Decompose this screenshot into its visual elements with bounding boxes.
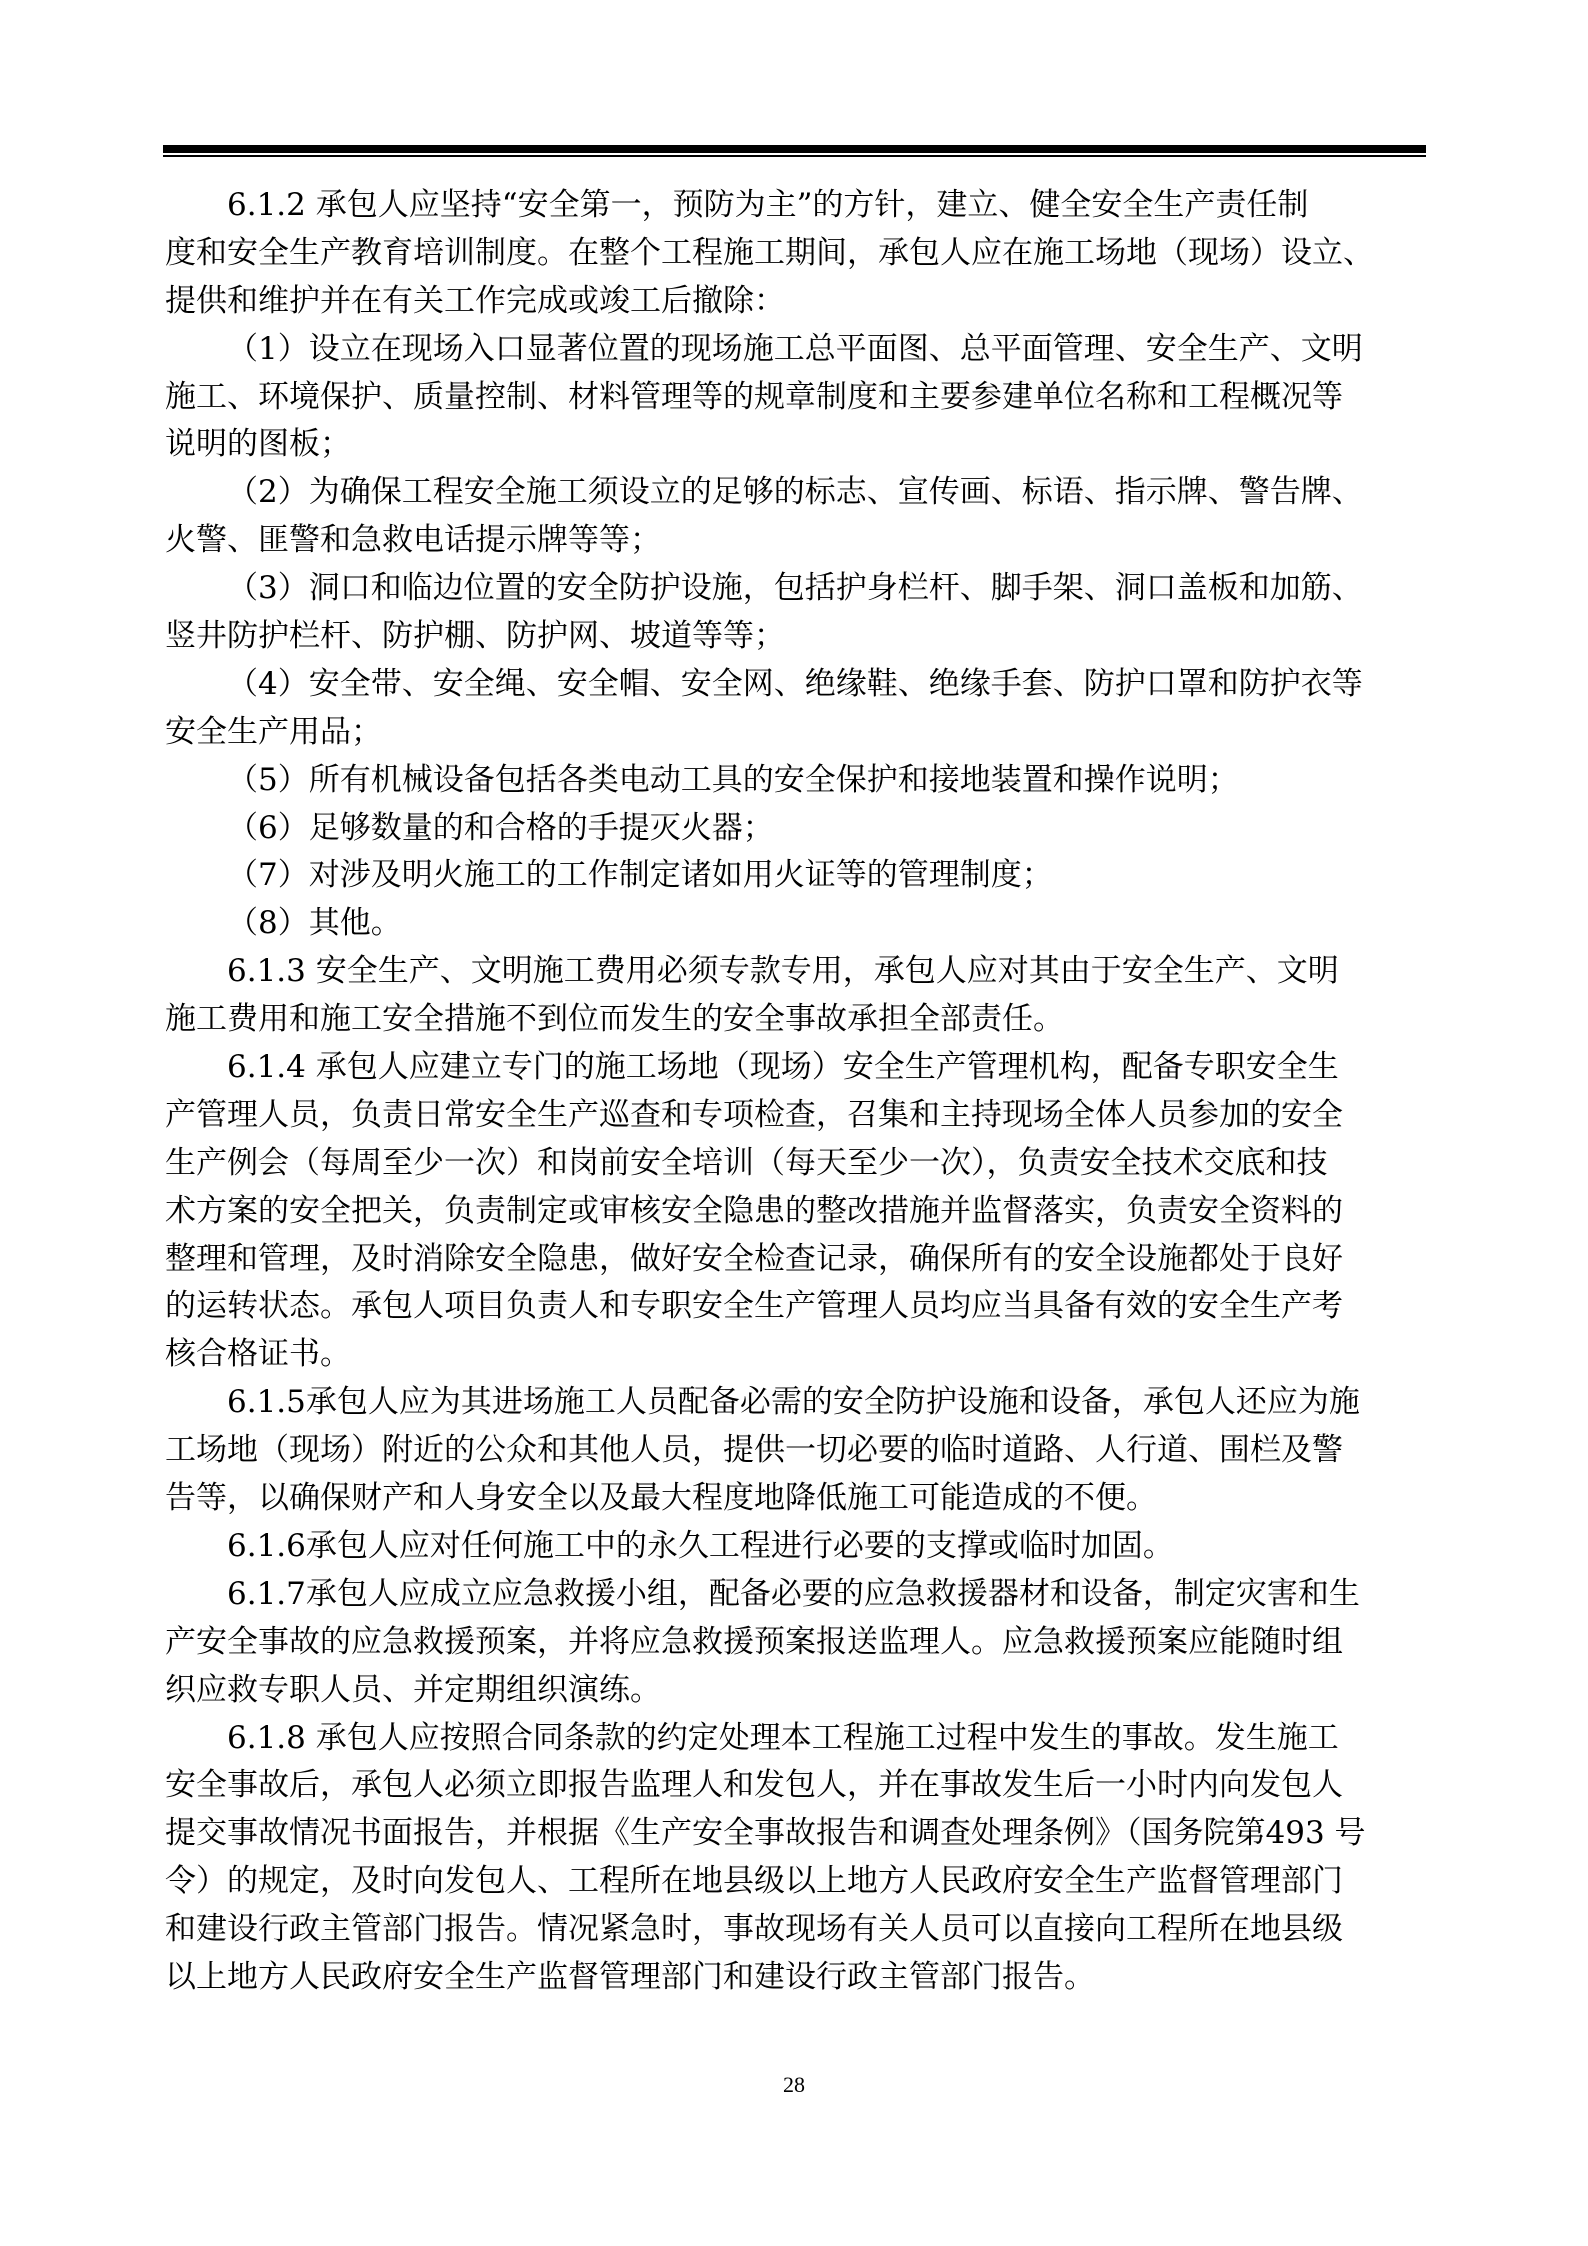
text-line: （8）其他。 bbox=[165, 900, 1405, 948]
list-item-5: （5）所有机械设备包括各类电动工具的安全保护和接地装置和操作说明； bbox=[165, 757, 1405, 805]
list-item-4: （4）安全带、安全绳、安全帽、安全网、绝缘鞋、绝缘手套、防护口罩和防护衣等 安全… bbox=[165, 661, 1405, 757]
text-line: 生产例会（每周至少一次）和岗前安全培训（每天至少一次），负责安全技术交底和技 bbox=[165, 1140, 1405, 1188]
text-line: 工场地（现场）附近的公众和其他人员，提供一切必要的临时道路、人行道、围栏及警 bbox=[165, 1427, 1405, 1475]
text-line: 施工费用和施工安全措施不到位而发生的安全事故承担全部责任。 bbox=[165, 996, 1405, 1044]
text-line: 产安全事故的应急救援预案，并将应急救援预案报送监理人。应急救援预案应能随时组 bbox=[165, 1619, 1405, 1667]
clause-6-1-6: 6.1.6承包人应对任何施工中的永久工程进行必要的支撑或临时加固。 bbox=[165, 1523, 1405, 1571]
clause-6-1-8: 6.1.8 承包人应按照合同条款的约定处理本工程施工过程中发生的事故。发生施工 … bbox=[165, 1715, 1405, 2002]
text-line: 度和安全生产教育培训制度。在整个工程施工期间，承包人应在施工场地（现场）设立、 bbox=[165, 230, 1405, 278]
body-text: 6.1.2 承包人应坚持“安全第一，预防为主”的方针，建立、健全安全生产责任制 … bbox=[165, 182, 1405, 2002]
list-item-6: （6）足够数量的和合格的手提灭火器； bbox=[165, 805, 1405, 853]
document-page: 6.1.2 承包人应坚持“安全第一，预防为主”的方针，建立、健全安全生产责任制 … bbox=[0, 0, 1588, 2246]
text-line: （7）对涉及明火施工的工作制定诸如用火证等的管理制度； bbox=[165, 852, 1405, 900]
clause-6-1-7: 6.1.7承包人应成立应急救援小组，配备必要的应急救援器材和设备，制定灾害和生 … bbox=[165, 1571, 1405, 1715]
text-line: 和建设行政主管部门报告。情况紧急时，事故现场有关人员可以直接向工程所在地县级 bbox=[165, 1906, 1405, 1954]
text-line: 说明的图板； bbox=[165, 421, 1405, 469]
list-item-8: （8）其他。 bbox=[165, 900, 1405, 948]
header-rule-thin bbox=[163, 155, 1426, 157]
clause-6-1-4: 6.1.4 承包人应建立专门的施工场地（现场）安全生产管理机构，配备专职安全生 … bbox=[165, 1044, 1405, 1379]
text-line: 术方案的安全把关，负责制定或审核安全隐患的整改措施并监督落实，负责安全资料的 bbox=[165, 1188, 1405, 1236]
text-line: 6.1.3 安全生产、文明施工费用必须专款专用，承包人应对其由于安全生产、文明 bbox=[165, 948, 1405, 996]
text-line: 织应救专职人员、并定期组织演练。 bbox=[165, 1667, 1405, 1715]
clause-6-1-3: 6.1.3 安全生产、文明施工费用必须专款专用，承包人应对其由于安全生产、文明 … bbox=[165, 948, 1405, 1044]
text-line: 提交事故情况书面报告，并根据《生产安全事故报告和调查处理条例》（国务院第493 … bbox=[165, 1810, 1405, 1858]
text-line: （4）安全带、安全绳、安全帽、安全网、绝缘鞋、绝缘手套、防护口罩和防护衣等 bbox=[165, 661, 1405, 709]
text-line: 以上地方人民政府安全生产监督管理部门和建设行政主管部门报告。 bbox=[165, 1954, 1405, 2002]
list-item-7: （7）对涉及明火施工的工作制定诸如用火证等的管理制度； bbox=[165, 852, 1405, 900]
clause-6-1-2: 6.1.2 承包人应坚持“安全第一，预防为主”的方针，建立、健全安全生产责任制 … bbox=[165, 182, 1405, 326]
text-line: 6.1.4 承包人应建立专门的施工场地（现场）安全生产管理机构，配备专职安全生 bbox=[165, 1044, 1405, 1092]
list-item-2: （2）为确保工程安全施工须设立的足够的标志、宣传画、标语、指示牌、警告牌、 火警… bbox=[165, 469, 1405, 565]
text-line: 6.1.6承包人应对任何施工中的永久工程进行必要的支撑或临时加固。 bbox=[165, 1523, 1405, 1571]
text-line: 令）的规定，及时向发包人、工程所在地县级以上地方人民政府安全生产监督管理部门 bbox=[165, 1858, 1405, 1906]
text-line: 告等，以确保财产和人身安全以及最大程度地降低施工可能造成的不便。 bbox=[165, 1475, 1405, 1523]
text-line: 6.1.2 承包人应坚持“安全第一，预防为主”的方针，建立、健全安全生产责任制 bbox=[165, 182, 1405, 230]
text-line: 核合格证书。 bbox=[165, 1331, 1405, 1379]
text-line: 安全生产用品； bbox=[165, 709, 1405, 757]
text-line: （5）所有机械设备包括各类电动工具的安全保护和接地装置和操作说明； bbox=[165, 757, 1405, 805]
text-line: 安全事故后，承包人必须立即报告监理人和发包人，并在事故发生后一小时内向发包人 bbox=[165, 1762, 1405, 1810]
text-line: 火警、匪警和急救电话提示牌等等； bbox=[165, 517, 1405, 565]
header-rule-thick bbox=[163, 145, 1426, 153]
text-line: 6.1.7承包人应成立应急救援小组，配备必要的应急救援器材和设备，制定灾害和生 bbox=[165, 1571, 1405, 1619]
text-line: 6.1.8 承包人应按照合同条款的约定处理本工程施工过程中发生的事故。发生施工 bbox=[165, 1715, 1405, 1763]
list-item-3: （3）洞口和临边位置的安全防护设施，包括护身栏杆、脚手架、洞口盖板和加筋、 竖井… bbox=[165, 565, 1405, 661]
text-line: （2）为确保工程安全施工须设立的足够的标志、宣传画、标语、指示牌、警告牌、 bbox=[165, 469, 1405, 517]
text-line: 提供和维护并在有关工作完成或竣工后撤除： bbox=[165, 278, 1405, 326]
list-item-1: （1）设立在现场入口显著位置的现场施工总平面图、总平面管理、安全生产、文明 施工… bbox=[165, 326, 1405, 470]
page-number: 28 bbox=[0, 2072, 1588, 2098]
text-line: 产管理人员，负责日常安全生产巡查和专项检查，召集和主持现场全体人员参加的安全 bbox=[165, 1092, 1405, 1140]
text-line: （6）足够数量的和合格的手提灭火器； bbox=[165, 805, 1405, 853]
clause-6-1-5: 6.1.5承包人应为其进场施工人员配备必需的安全防护设施和设备，承包人还应为施 … bbox=[165, 1379, 1405, 1523]
text-line: （3）洞口和临边位置的安全防护设施，包括护身栏杆、脚手架、洞口盖板和加筋、 bbox=[165, 565, 1405, 613]
text-line: 6.1.5承包人应为其进场施工人员配备必需的安全防护设施和设备，承包人还应为施 bbox=[165, 1379, 1405, 1427]
text-line: （1）设立在现场入口显著位置的现场施工总平面图、总平面管理、安全生产、文明 bbox=[165, 326, 1405, 374]
text-line: 施工、环境保护、质量控制、材料管理等的规章制度和主要参建单位名称和工程概况等 bbox=[165, 374, 1405, 422]
text-line: 整理和管理，及时消除安全隐患，做好安全检查记录，确保所有的安全设施都处于良好 bbox=[165, 1236, 1405, 1284]
text-line: 竖井防护栏杆、防护棚、防护网、坡道等等； bbox=[165, 613, 1405, 661]
text-line: 的运转状态。承包人项目负责人和专职安全生产管理人员均应当具备有效的安全生产考 bbox=[165, 1283, 1405, 1331]
